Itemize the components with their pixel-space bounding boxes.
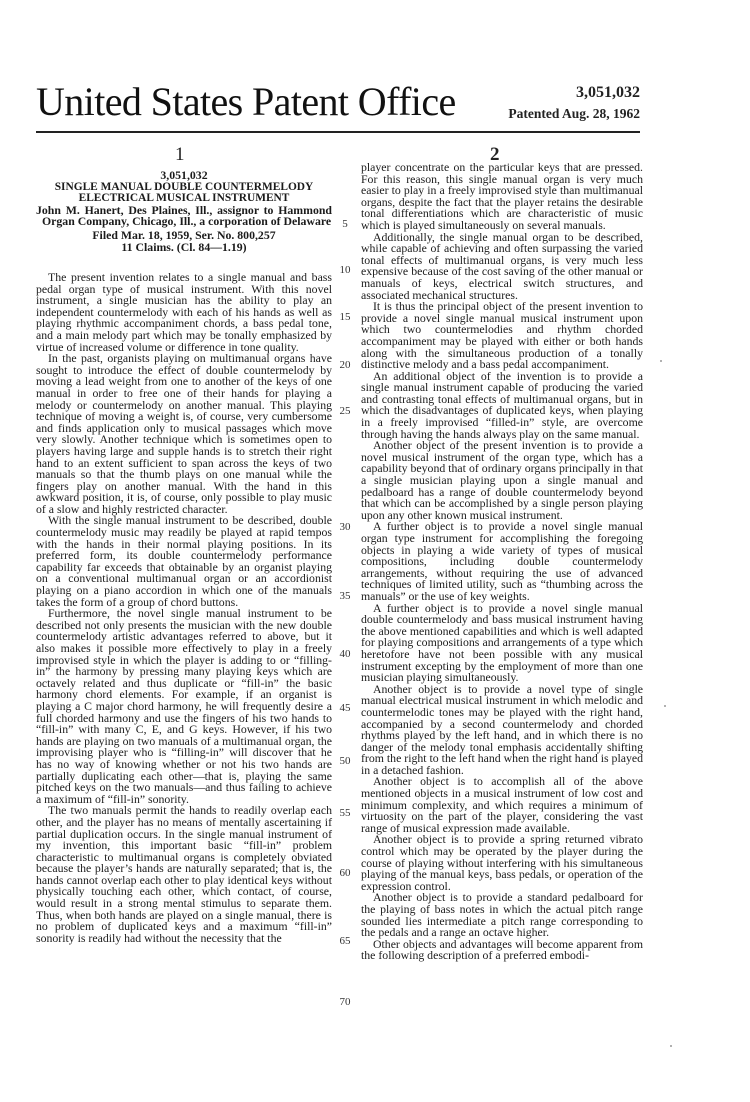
line-number: 65 — [336, 935, 354, 947]
line-number: 70 — [336, 996, 354, 1008]
line-number: 20 — [336, 359, 354, 371]
scan-speck — [670, 1045, 672, 1047]
paragraph: player concentrate on the particular key… — [361, 162, 643, 232]
paragraph: An additional object of the invention is… — [361, 371, 643, 441]
paragraph: Another object is to provide a standard … — [361, 892, 643, 938]
line-number: 35 — [336, 590, 354, 602]
right-column-body: player concentrate on the particular key… — [361, 162, 643, 962]
claims-class: 11 Claims. (Cl. 84—1.19) — [36, 242, 332, 254]
paragraph: Another object is to provide a spring re… — [361, 834, 643, 892]
line-number: 15 — [336, 311, 354, 323]
paragraph: It is thus the principal object of the p… — [361, 301, 643, 371]
paragraph: Another object of the present invention … — [361, 440, 643, 521]
line-number: 5 — [336, 218, 354, 230]
line-number: 25 — [336, 405, 354, 417]
scan-speck — [664, 705, 666, 707]
paragraph: Furthermore, the novel single manual ins… — [36, 608, 332, 805]
paragraph: With the single manual instrument to be … — [36, 515, 332, 608]
line-number: 40 — [336, 648, 354, 660]
scan-speck — [660, 360, 662, 362]
line-number: 60 — [336, 867, 354, 879]
office-title: United States Patent Office — [36, 78, 456, 125]
paragraph: Another object is to provide a novel typ… — [361, 684, 643, 777]
paragraph: The present invention relates to a singl… — [36, 272, 332, 353]
line-number: 55 — [336, 807, 354, 819]
front-patent-number: 3,051,032 — [36, 170, 332, 182]
header-rule — [36, 131, 640, 133]
patent-page: United States Patent Office 3,051,032 Pa… — [0, 0, 750, 1102]
front-matter: 3,051,032 SINGLE MANUAL DOUBLE COUNTERME… — [36, 170, 332, 253]
paragraph: A further object is to provide a novel s… — [361, 521, 643, 602]
line-number: 30 — [336, 521, 354, 533]
paragraph: Another object is to accomplish all of t… — [361, 776, 643, 834]
inventor-assignee: John M. Hanert, Des Plaines, Ill., assig… — [36, 205, 332, 228]
line-number: 50 — [336, 755, 354, 767]
line-number: 10 — [336, 264, 354, 276]
paragraph: A further object is to provide a novel s… — [361, 603, 643, 684]
left-column-body: The present invention relates to a singl… — [36, 272, 332, 944]
paragraph: Other objects and advantages will become… — [361, 939, 643, 962]
paragraph: Additionally, the single manual organ to… — [361, 232, 643, 302]
paragraph: The two manuals permit the hands to read… — [36, 805, 332, 944]
line-number: 45 — [336, 702, 354, 714]
patented-date: Patented Aug. 28, 1962 — [508, 106, 640, 122]
patent-number: 3,051,032 — [576, 84, 640, 102]
column-number-left: 1 — [175, 144, 185, 166]
paragraph: In the past, organists playing on multim… — [36, 353, 332, 515]
